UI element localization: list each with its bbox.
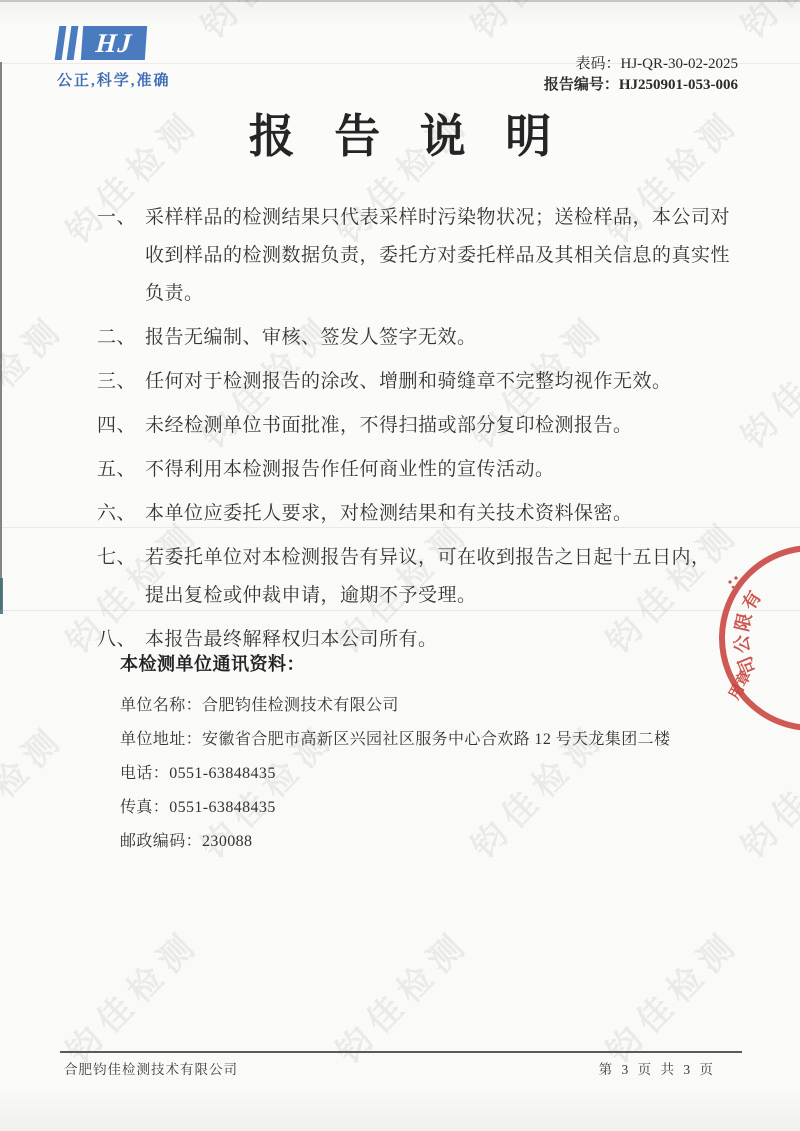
note-text: 若委托单位对本检测报告有异议，可在收到报告之日起十五日内， 提出复检或仲裁申请，… bbox=[145, 539, 744, 615]
watermark-text: 钧佳检测 bbox=[593, 916, 749, 1072]
logo-bars-icon bbox=[55, 26, 79, 60]
note-number: 二、 bbox=[97, 319, 145, 357]
contact-row-postcode: 邮政编码：230088 bbox=[120, 825, 740, 859]
notes-list: 一、 采样样品的检测结果只代表采样时污染物状况；送检样品，本公司对收到样品的检测… bbox=[97, 199, 744, 665]
footer-page-info: 第 3 页 共 3 页 bbox=[599, 1058, 716, 1078]
watermark-text: 钧佳检测 bbox=[323, 916, 479, 1072]
contact-row-address: 单位地址：安徽省合肥市高新区兴园社区服务中心合欢路 12 号天龙集团二楼 bbox=[120, 723, 740, 757]
contact-value: 合肥钧佳检测技术有限公司 bbox=[202, 697, 399, 714]
contact-row-name: 单位名称：合肥钧佳检测技术有限公司 bbox=[120, 689, 740, 723]
contact-value: 0551-63848435 bbox=[169, 799, 276, 816]
watermark-text: 钧佳检测 bbox=[728, 0, 800, 48]
note-item-2: 二、 报告无编制、审核、签发人签字无效。 bbox=[97, 319, 744, 357]
note-number: 三、 bbox=[97, 363, 145, 401]
watermark-text: 钧佳检测 bbox=[0, 711, 74, 867]
logo-monogram: HJ bbox=[81, 26, 147, 60]
contact-label: 单位地址： bbox=[120, 731, 202, 748]
note-number: 一、 bbox=[97, 199, 145, 313]
logo-tagline: 公正,科学,准确 bbox=[57, 69, 171, 90]
note-text: 任何对于检测报告的涂改、增删和骑缝章不完整均视作无效。 bbox=[145, 363, 744, 401]
footer-divider bbox=[60, 1051, 742, 1053]
note-number: 七、 bbox=[97, 539, 145, 615]
note-item-6: 六、 本单位应委托人要求，对检测结果和有关技术资料保密。 bbox=[97, 495, 744, 533]
contact-value: 安徽省合肥市高新区兴园社区服务中心合欢路 12 号天龙集团二楼 bbox=[202, 731, 670, 748]
header-codes: 表码：HJ-QR-30-02-2025 报告编号：HJ250901-053-00… bbox=[544, 54, 738, 96]
note-item-1: 一、 采样样品的检测结果只代表采样时污染物状况；送检样品，本公司对收到样品的检测… bbox=[97, 199, 744, 313]
contact-row-phone: 电话：0551-63848435 bbox=[120, 757, 740, 791]
contact-heading: 本检测单位通讯资料： bbox=[120, 650, 740, 676]
note-text: 未经检测单位书面批准，不得扫描或部分复印检测报告。 bbox=[145, 407, 744, 445]
report-no-value: HJ250901-053-006 bbox=[619, 77, 738, 93]
note-item-4: 四、 未经检测单位书面批准，不得扫描或部分复印检测报告。 bbox=[97, 407, 744, 445]
note-item-5: 五、 不得利用本检测报告作任何商业性的宣传活动。 bbox=[97, 451, 744, 489]
note-text: 本单位应委托人要求，对检测结果和有关技术资料保密。 bbox=[145, 495, 744, 533]
report-no-label: 报告编号： bbox=[544, 77, 619, 93]
note-number: 四、 bbox=[97, 407, 145, 445]
scan-edge-sliver bbox=[0, 578, 3, 614]
report-page: 钧佳检测钧佳检测钧佳检测钧佳检测钧佳检测钧佳检测钧佳检测钧佳检测钧佳检测钧佳检测… bbox=[0, 0, 800, 1131]
page-title: 报 告 说 明 bbox=[0, 100, 800, 166]
footer-company: 合肥钧佳检测技术有限公司 bbox=[64, 1058, 238, 1078]
form-code-line: 表码：HJ-QR-30-02-2025 bbox=[544, 54, 738, 75]
note-number: 五、 bbox=[97, 451, 145, 489]
contact-label: 传真： bbox=[120, 799, 169, 816]
note-item-3: 三、 任何对于检测报告的涂改、增删和骑缝章不完整均视作无效。 bbox=[97, 363, 744, 401]
contact-label: 电话： bbox=[120, 765, 169, 782]
note-text: 采样样品的检测结果只代表采样时污染物状况；送检样品，本公司对收到样品的检测数据负… bbox=[145, 199, 744, 313]
form-code-label: 表码： bbox=[575, 56, 620, 72]
company-logo: HJ 公正,科学,准确 bbox=[57, 26, 171, 90]
watermark-text: 钧佳检测 bbox=[458, 0, 614, 48]
scan-edge-top bbox=[0, 0, 800, 2]
watermark-text: 钧佳检测 bbox=[188, 0, 344, 48]
form-code-value: HJ-QR-30-02-2025 bbox=[621, 56, 739, 72]
note-number: 六、 bbox=[97, 495, 145, 533]
note-text: 报告无编制、审核、签发人签字无效。 bbox=[145, 319, 744, 357]
note-text: 不得利用本检测报告作任何商业性的宣传活动。 bbox=[145, 451, 744, 489]
watermark-text: 钧佳检测 bbox=[53, 916, 209, 1072]
contact-value: 230088 bbox=[202, 833, 252, 850]
watermark-text: 钧佳检测 bbox=[0, 301, 74, 457]
report-no-line: 报告编号：HJ250901-053-006 bbox=[544, 75, 738, 96]
contact-label: 邮政编码： bbox=[120, 833, 202, 850]
contact-value: 0551-63848435 bbox=[169, 765, 276, 782]
contact-row-fax: 传真：0551-63848435 bbox=[120, 791, 740, 825]
contact-section: 本检测单位通讯资料： 单位名称：合肥钧佳检测技术有限公司 单位地址：安徽省合肥市… bbox=[120, 650, 740, 859]
contact-label: 单位名称： bbox=[120, 697, 202, 714]
note-item-7: 七、 若委托单位对本检测报告有异议，可在收到报告之日起十五日内， 提出复检或仲裁… bbox=[97, 539, 744, 615]
